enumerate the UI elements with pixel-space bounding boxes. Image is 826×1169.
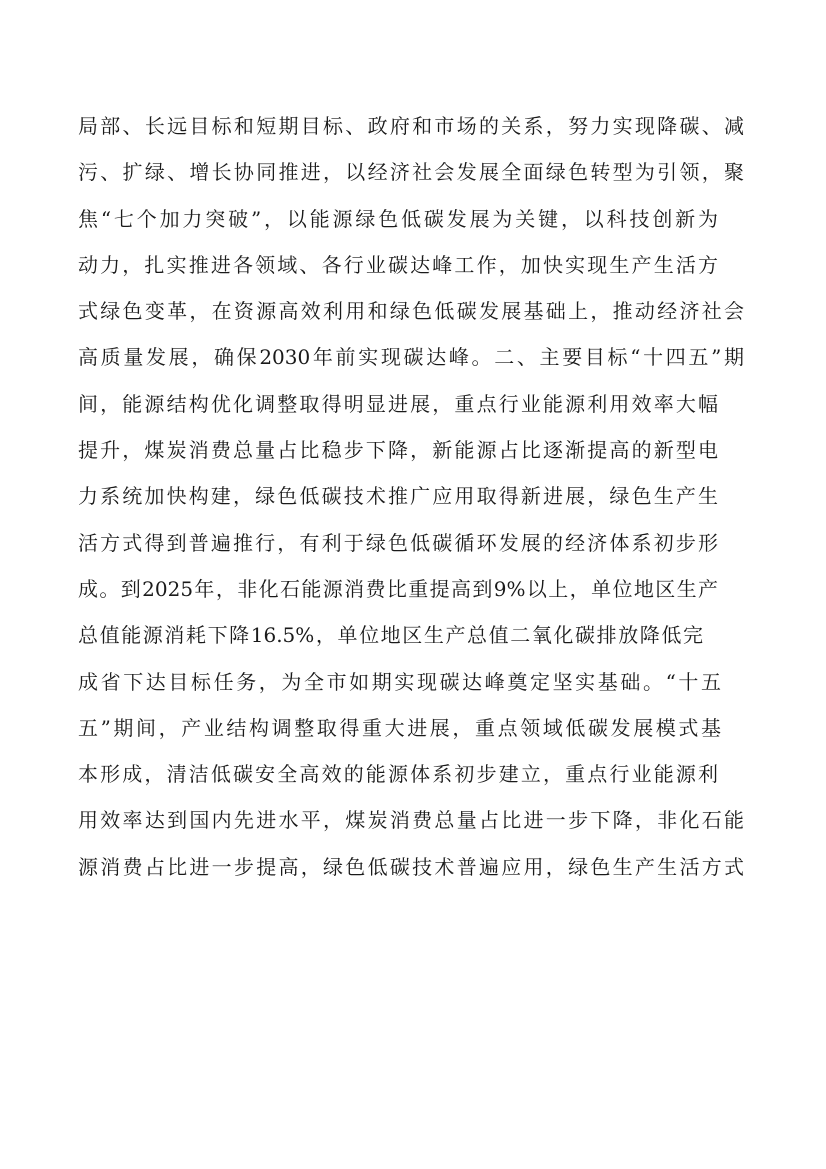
text-line: 五”期间，产业结构调整取得重大进展，重点领域低碳发展模式基 [78, 714, 721, 760]
body-paragraph: 局部、长远目标和短期目标、政府和市场的关系，努力实现降碳、减 污、扩绿、增长协同… [78, 112, 744, 899]
text-line: 污、扩绿、增长协同推进，以经济社会发展全面绿色转型为引领，聚 [78, 158, 744, 204]
text-line: 动力，扎实推进各领域、各行业碳达峰工作，加快实现生产生活方 [78, 251, 718, 297]
text-line: 式绿色变革，在资源高效利用和绿色低碳发展基础上，推动经济社会 [78, 297, 744, 343]
text-line: 局部、长远目标和短期目标、政府和市场的关系，努力实现降碳、减 [78, 112, 744, 158]
text-line: 源消费占比进一步提高，绿色低碳技术普遍应用，绿色生产生活方式 [78, 853, 744, 899]
text-line: 力系统加快构建，绿色低碳技术推广应用取得新进展，绿色生产生 [78, 482, 718, 528]
text-line: 成。到2025年，非化石能源消费比重提高到9%以上，单位地区生产 [78, 575, 718, 621]
text-line: 提升，煤炭消费总量占比稳步下降，新能源占比逐渐提高的新型电 [78, 436, 718, 482]
text-line: 活方式得到普遍推行，有利于绿色低碳循环发展的经济体系初步形 [78, 529, 718, 575]
text-line: 总值能源消耗下降16.5%，单位地区生产总值二氧化碳排放降低完 [78, 621, 703, 667]
text-line: 间，能源结构优化调整取得明显进展，重点行业能源利用效率大幅 [78, 390, 718, 436]
text-line: 高质量发展，确保2030年前实现碳达峰。二、主要目标“十四五”期 [78, 343, 744, 389]
document-page: 局部、长远目标和短期目标、政府和市场的关系，努力实现降碳、减 污、扩绿、增长协同… [0, 0, 826, 1169]
text-line: 焦“七个加力突破”，以能源绿色低碳发展为关键，以科技创新为 [78, 205, 718, 251]
text-line: 用效率达到国内先进水平，煤炭消费总量占比进一步下降，非化石能 [78, 806, 744, 852]
text-line: 本形成，清洁低碳安全高效的能源体系初步建立，重点行业能源利 [78, 760, 718, 806]
text-line: 成省下达目标任务，为全市如期实现碳达峰奠定坚实基础。“十五 [78, 668, 721, 714]
